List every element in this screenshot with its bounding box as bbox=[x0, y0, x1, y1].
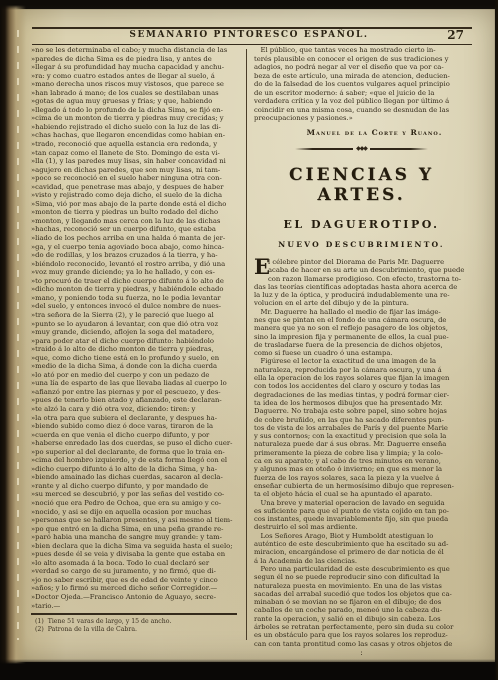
text-line: »medio de la dicha Sima, á donde con la … bbox=[31, 362, 244, 371]
page-number: 27 bbox=[447, 28, 464, 42]
text-line: »años; y lo firmó su merced dicho señor … bbox=[31, 584, 244, 593]
text-line: »poco se reconoció en el suelo haber nin… bbox=[31, 174, 244, 183]
text-line: »lo ató por en medio del cuerpo y con un… bbox=[31, 371, 244, 380]
text-line: beza de este artículo, una mirada de ate… bbox=[254, 72, 469, 81]
text-line: Mr. Daguerre ha hallado el medio de fija… bbox=[254, 308, 469, 316]
footnote-line: (2) Patrona de la villa de Cabra. bbox=[35, 626, 240, 634]
text-line: »cuerda en que venia el dicho cuerpo dif… bbox=[31, 431, 244, 440]
text-line: volucion en el arte del dibujo y de la p… bbox=[254, 299, 469, 307]
text-line: can con tanta prontitud como las casas y… bbox=[254, 640, 469, 648]
masthead-title: SEMANARIO PINTORESCO ESPAÑOL. bbox=[0, 30, 498, 40]
left-column: »no se les determinaba el cabo; y mucha … bbox=[31, 46, 244, 610]
text-line: Pero una particularidad de este descubri… bbox=[254, 565, 469, 573]
text-line: »nocido, y asi se dijo en aquella ocasio… bbox=[31, 508, 244, 517]
text-line: fuerza de los rayos solares, saca la pie… bbox=[254, 474, 469, 482]
text-line: »monton, y llegando mas cerca con la luz… bbox=[31, 217, 244, 226]
text-line: »traido á lo alto de dicho monton de tie… bbox=[31, 345, 244, 354]
intro-paragraph: El público, que tantas veces ha mostrado… bbox=[254, 46, 469, 123]
text-line: Una breve y material operacion de lavado… bbox=[254, 499, 469, 507]
text-line: »biendo subido como diez ó doce varas, t… bbox=[31, 422, 244, 431]
text-line: »Doctor Ojeda.—Francisco Antonio de Agua… bbox=[31, 593, 244, 602]
text-line: »que, como dicho tiene está en lo profun… bbox=[31, 354, 244, 363]
text-line: das las teorías científicas adoptadas ha… bbox=[254, 283, 469, 291]
text-line: sacadas del arrabal sucedió que todos lo… bbox=[254, 590, 469, 598]
text-line: »monton de tierra y piedras un bulto rod… bbox=[31, 208, 244, 217]
text-line: con todos los accidentes del claro y osc… bbox=[254, 382, 469, 390]
text-line: y algunos mas en otoño ó invierno; en qu… bbox=[254, 465, 469, 473]
text-line: acaba de hacer en su arte un descubrimie… bbox=[268, 266, 469, 274]
text-line: »po superior al del declarante, de forma… bbox=[31, 448, 244, 457]
text-line: caballos de un coche parado, meneó uno l… bbox=[254, 606, 469, 614]
text-line: ca en su aparato; y al cabo de tres minu… bbox=[254, 457, 469, 465]
text-line: auténtico de este descubrimiento que ha … bbox=[254, 540, 469, 548]
column-divider bbox=[246, 49, 247, 640]
text-line: do de la falsedad de los cuentos vulgare… bbox=[254, 80, 469, 89]
text-line: »mano, y poniendo toda su fuerza, no le … bbox=[31, 294, 244, 303]
text-line: »dicho cuerpo difunto á lo alto de la di… bbox=[31, 465, 244, 474]
footnote-rule bbox=[31, 613, 237, 615]
text-line: manera que ya no son el reflejo pasagero… bbox=[254, 324, 469, 332]
text-line: El público, que tantas veces ha mostrado… bbox=[254, 46, 469, 55]
article-subtitle: NUEVO DESCUBRIMIENTO. bbox=[254, 240, 469, 249]
text-line: »tario.— bbox=[31, 602, 244, 611]
text-line: »chas hachas, que llegaron encendidas co… bbox=[31, 131, 244, 140]
text-line: »llegar á su profundidad hay mucha capac… bbox=[31, 63, 244, 72]
text-line: »lla (1), y las paredes muy lisas, sin h… bbox=[31, 157, 244, 166]
text-line: como si fuese un cuadro ó una estampa. bbox=[254, 349, 469, 357]
article-body: E l célebre pintor del Diorama de Paris … bbox=[254, 258, 469, 648]
right-column: El público, que tantas veces ha mostrado… bbox=[254, 46, 469, 657]
text-line: »gotas de agua muy gruesas y frias; y qu… bbox=[31, 97, 244, 106]
text-line: y sus contornos; con la exactitud y prec… bbox=[254, 432, 469, 440]
text-line: »Sima, vió por mas abajo de la parte don… bbox=[31, 200, 244, 209]
text-line: »jo no saber escribir, que es de edad de… bbox=[31, 576, 244, 585]
text-line: cos instantes, quede invariablemente fij… bbox=[254, 515, 469, 523]
text-line: »habiendo rejistrado el dicho suelo con … bbox=[31, 123, 244, 132]
text-line: Los Señores Arago, Biot y Humboldt atest… bbox=[254, 532, 469, 540]
text-line: preocupaciones y pasiones.» bbox=[254, 114, 469, 123]
text-line: »afianzó por entre las piernas y por el … bbox=[31, 388, 244, 397]
text-line: »tra señora de la Sierra (2), y le parec… bbox=[31, 311, 244, 320]
article-title: EL DAGUEROTIPO. bbox=[254, 218, 469, 231]
book-binding bbox=[0, 0, 26, 680]
text-line: »no se les determinaba el cabo; y mucha … bbox=[31, 46, 244, 55]
text-line: »una lía de esparto de las que llevaba l… bbox=[31, 379, 244, 388]
text-line: Figúrese el lector la exactitud de una i… bbox=[254, 357, 469, 365]
drop-cap: E bbox=[254, 258, 268, 275]
text-line: »mano derecha unos riscos muy vistosos, … bbox=[31, 80, 244, 89]
text-line: terés plausible en conocer el origen de … bbox=[254, 55, 469, 64]
author-signature: Manuel de la Corte y Ruano. bbox=[254, 128, 469, 137]
text-line: »te alzó la cara y dió otra voz, diciend… bbox=[31, 405, 244, 414]
ornament-knot: ◆◆◆ bbox=[356, 146, 367, 152]
header-rule-bottom bbox=[32, 44, 472, 45]
text-line: »cima de un monton de tierra y piedras m… bbox=[31, 114, 244, 123]
text-line: miracion, encargándose el primero de dar… bbox=[254, 548, 469, 556]
header-rule-top bbox=[32, 27, 472, 29]
text-line: »tan capaz como el llanete de Sto. Domin… bbox=[31, 149, 244, 158]
binding-stitch bbox=[17, 30, 19, 640]
text-line: »bien declara que la dicha Sima va segui… bbox=[31, 542, 244, 551]
text-line: enseñar cubierta de un hermosísimo dibuj… bbox=[254, 482, 469, 490]
text-line: »haberse enredado las dos cuerdas, se pu… bbox=[31, 439, 244, 448]
ornament-bar-left bbox=[295, 148, 353, 150]
text-line: de trasladarse fuera de la presencia de … bbox=[254, 341, 469, 349]
text-line: destruirlo el sol mas ardiente. bbox=[254, 523, 469, 531]
text-line: »ra: y como cuatro estados antes de lleg… bbox=[31, 72, 244, 81]
text-line: »su merced se descubrió, y por las señas… bbox=[31, 490, 244, 499]
end-mark: : bbox=[254, 650, 469, 657]
text-line: »muy grande, diciendo, aflojen la soga d… bbox=[31, 328, 244, 337]
text-line: »cavidad, que penetrase mas abajo, y des… bbox=[31, 183, 244, 192]
ornament-divider-icon: ◆◆◆ bbox=[254, 146, 469, 152]
text-line: »biendo amainado las dichas cuerdas, sac… bbox=[31, 473, 244, 482]
text-line: es un obstáculo para que los rayos solar… bbox=[254, 631, 469, 639]
text-line: »ga, y el cuerpo tenia agoviado boca aba… bbox=[31, 243, 244, 252]
text-line: ta el objeto hácia el cual se ha apuntad… bbox=[254, 490, 469, 498]
text-line: adagios, no podrá negar al ver el diseño… bbox=[254, 63, 469, 72]
text-line: naturaleza, reproducida por la cámara os… bbox=[254, 366, 469, 374]
text-line: ta idea de los hermosos dibujos que ha p… bbox=[254, 399, 469, 407]
text-line: »pues desde él se veia y divisaba la gen… bbox=[31, 550, 244, 559]
text-line: degradaciones de las medias tintas, y po… bbox=[254, 391, 469, 399]
text-line: verdadera crítica y la voz del público l… bbox=[254, 97, 469, 106]
ornament-bar-right bbox=[370, 148, 428, 150]
text-line: »visto y rejistrado como deja dicho, el … bbox=[31, 191, 244, 200]
scan-edge-right bbox=[494, 0, 498, 680]
text-line: »trado, reconoció que aquella estancia e… bbox=[31, 140, 244, 149]
text-line: »cima del hombro izquierdo, y de esta fo… bbox=[31, 456, 244, 465]
text-line: »do de rodillas, y los brazos cruzados á… bbox=[31, 251, 244, 260]
text-line: nes que se pintan en el fondo de una cám… bbox=[254, 316, 469, 324]
section-heading: CIENCIAS Y ARTES. bbox=[254, 165, 469, 205]
text-line: Daguerre. No trabaja este sobre papel, s… bbox=[254, 407, 469, 415]
text-line: de cobre bruñido, en las que ha sacado d… bbox=[254, 416, 469, 424]
text-line: »liado de los pechos arriba en una halda… bbox=[31, 234, 244, 243]
scan-edge-bottom bbox=[0, 659, 498, 680]
text-line: »personas que se hallaron presentes, y a… bbox=[31, 516, 244, 525]
text-line: es suficiente para que el punto de vista… bbox=[254, 507, 469, 515]
text-line: rante la operacion, y salió en el dibujo… bbox=[254, 615, 469, 623]
text-line: naturaleza puede dar á sus obras. Mr. Da… bbox=[254, 440, 469, 448]
article-body-lines: l célebre pintor del Diorama de Paris Mr… bbox=[254, 258, 469, 648]
text-line: »noció que era Pedro de Ochoa, que era s… bbox=[31, 499, 244, 508]
text-line: »lo alto asomada á la boca. Todo lo cual… bbox=[31, 559, 244, 568]
text-line: á la Academia de las ciencias. bbox=[254, 557, 469, 565]
text-line: »para poder atar el dicho cuerpo difunto… bbox=[31, 337, 244, 346]
text-line: coincidir en una misma cosa, cuando se d… bbox=[254, 106, 469, 115]
text-line: sino la impresion fija y permanente de e… bbox=[254, 333, 469, 341]
text-line: »punto se lo ayudaron á levantar, con qu… bbox=[31, 320, 244, 329]
text-line: l célebre pintor del Diorama de Paris Mr… bbox=[268, 258, 469, 266]
scanned-page: SEMANARIO PINTORESCO ESPAÑOL. 27 »no se … bbox=[0, 0, 498, 680]
text-line: »rante y al dicho cuerpo difunto, y por … bbox=[31, 482, 244, 491]
text-line: ella la operacion de los rayos solares q… bbox=[254, 374, 469, 382]
text-line: árboles se retratan perfectamente, pero … bbox=[254, 623, 469, 631]
text-line: »dicho monton de tierra y piedras, y hab… bbox=[31, 285, 244, 294]
text-line: »to procuró de traer el dicho cuerpo dif… bbox=[31, 277, 244, 286]
footnotes: (1) Tiene 51 varas de largo, y 15 de anc… bbox=[35, 618, 240, 633]
text-line: »del suelo, y entonces invocó el dulce n… bbox=[31, 302, 244, 311]
text-line: »agujero en dichas paredes, que son muy … bbox=[31, 166, 244, 175]
text-line: »paró habia una mancha de sangre muy gra… bbox=[31, 533, 244, 542]
text-line: de un escritor moderno: á saber; «que el… bbox=[254, 89, 469, 98]
text-line: naturaleza puesta en movimiento. En una … bbox=[254, 582, 469, 590]
footnote-line: (1) Tiene 51 varas de largo, y 15 de anc… bbox=[35, 618, 240, 626]
text-line: »pues de tenerlo bien atado y afianzado,… bbox=[31, 396, 244, 405]
text-line: con razon llamarse prodigioso. Con efect… bbox=[268, 275, 469, 283]
scan-edge-top bbox=[0, 0, 498, 10]
text-line: »verdad so cargo de su juramento, y no f… bbox=[31, 567, 244, 576]
text-line: la luz y de la óptica, y producirá indud… bbox=[254, 291, 469, 299]
text-line: »po que entró en la dicha Sima, en una p… bbox=[31, 525, 244, 534]
text-line: tos de vista de los arrabales de París y… bbox=[254, 424, 469, 432]
text-line: »han labrado á mano; de los cuales se de… bbox=[31, 89, 244, 98]
text-line: »voz muy grande diciendo; ya lo he halla… bbox=[31, 268, 244, 277]
text-line: »paredes de dicha Sima es de piedra lisa… bbox=[31, 55, 244, 64]
text-line: primeramente la pieza de cobre lisa y li… bbox=[254, 449, 469, 457]
text-line: »biéndolo reconocido, levantó el rostro … bbox=[31, 260, 244, 269]
text-line: minaban ó se movian no se fijaron en el … bbox=[254, 598, 469, 606]
text-line: »hachas, reconoció ser un cuerpo difunto… bbox=[31, 225, 244, 234]
text-line: »llegado á todo lo profundo de la dicha … bbox=[31, 106, 244, 115]
text-line: segun él no se puede reproducir sino con… bbox=[254, 573, 469, 581]
text-line: »la otra para que subiera el declarante,… bbox=[31, 414, 244, 423]
